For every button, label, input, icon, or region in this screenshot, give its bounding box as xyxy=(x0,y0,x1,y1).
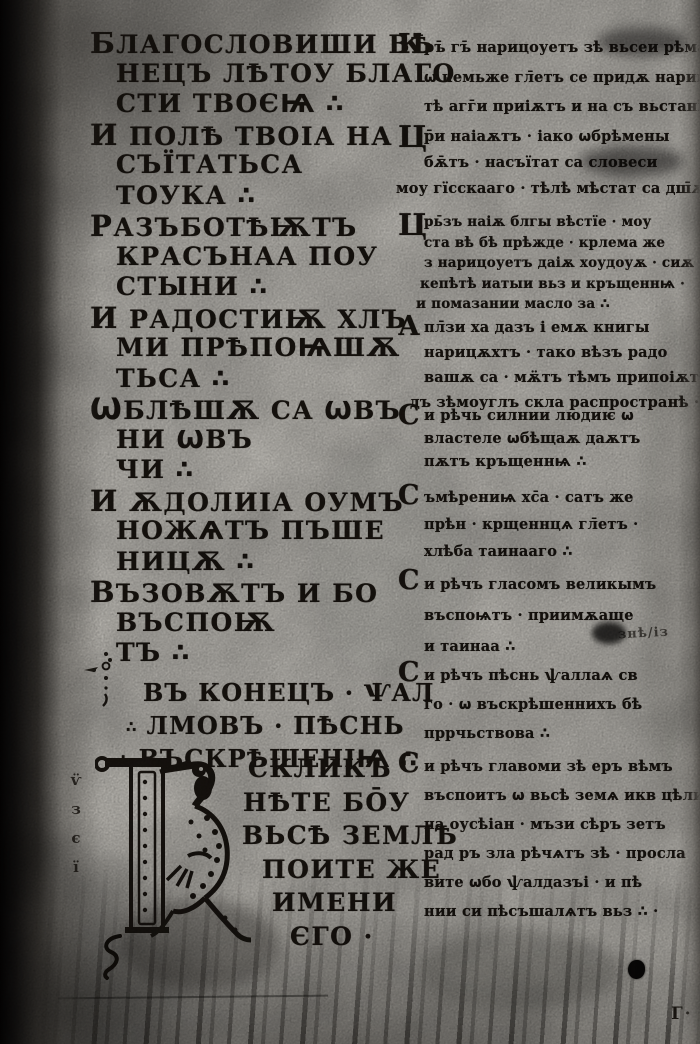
commentary-text-line: и рѣчъ пѣснь ѱаллаѧ св xyxy=(424,661,699,690)
page-stain xyxy=(120,900,280,990)
commentary-initial: С xyxy=(398,657,420,688)
psalm-text-line: СКЛИКЪ xyxy=(248,752,458,786)
psalm-text-line: ЧИ ∴ xyxy=(116,455,398,486)
film-grain-overlay xyxy=(0,0,700,1044)
bottom-staining xyxy=(0,862,700,1044)
commentary-text-line: нарицѫхтъ · тако вѣзъ радо xyxy=(424,340,699,365)
psalm-text-line: И РАДОСТИѬ ХЛЪ xyxy=(90,303,398,334)
commentary-block: Си рѣчъ пѣснь ѱаллаѧ свго · ѡ въскрѣшенн… xyxy=(424,661,699,748)
commentary-text-line: на оусѣіан · мъзи сѣръ зетъ xyxy=(424,810,699,839)
commentary-text-line: въспоитъ ѡ вьсѣ земѧ икв цѣли xyxy=(424,781,699,810)
commentary-text-line: дъ зѣмоуглъ скла распространѣ · xyxy=(410,390,699,415)
margin-letter: ї xyxy=(66,853,86,882)
psalm-text-line: И ѪДОЛИІА ОУМЪ xyxy=(90,486,398,517)
corner-mark: Г· xyxy=(671,1004,693,1024)
psalm-text-line: ТЪ ∴ xyxy=(116,638,398,669)
commentary-text-line: пл̄зи ха дазъ і емѫ книгы xyxy=(424,315,699,340)
psalm-text-line: СТИ ТВОЄѨ ∴ xyxy=(116,89,398,120)
margin-dot-mark: ∴ xyxy=(118,751,130,769)
ink-smudge xyxy=(592,622,626,644)
commentary-text-line: ѡ немьже гл̄етъ се придѫ нарицаѫи xyxy=(424,63,699,93)
psalm-text-line: СЪЇТАТЬСА xyxy=(116,150,398,181)
psalm-title-line: ВЪ КОНЕЦЪ · ѰАЛ xyxy=(143,676,398,709)
commentary-text-line: и рѣчь силнии людиѥ ѡ xyxy=(424,404,699,427)
commentary-text-line: вите ѡбо ѱалдазъі · и пѣ xyxy=(424,868,699,897)
commentary-text-line: хлѣба таинааго ∴ xyxy=(424,538,699,565)
margin-letter: ѵ̈ xyxy=(66,766,86,795)
page-crease xyxy=(58,995,328,1000)
page-edge-shadow xyxy=(678,0,700,1044)
commentary-text-line: прѣн · крщеннцѧ гл̄етъ · xyxy=(424,511,699,538)
commentary-initial: С xyxy=(398,400,420,431)
commentary-block: Цр̄и наіаѫтъ · іако ѡбрѣменыбѫ̄тъ · насъ… xyxy=(424,124,699,202)
psalm-text-line: ѠБЛѢШѪ СА ѠВЪ xyxy=(90,394,398,425)
commentary-text-line: бѫ̄тъ · насъїтат са словеси xyxy=(424,150,699,176)
commentary-text-line: и таинаа ∴ xyxy=(424,631,699,662)
commentary-text-line: з нарицоуетъ даіѫ хоудоуѫ · сиѫ xyxy=(424,253,699,274)
psalm-column: БЛАГОСЛОВИШИ ВѢНЕЦЪ ЛѢТОУ БЛАГОСТИ ТВОЄѨ… xyxy=(88,28,398,775)
page-stain xyxy=(420,930,620,1010)
commentary-initial: К xyxy=(398,29,423,60)
psalm-text-line: СТЫНИ ∴ xyxy=(116,272,398,303)
commentary-initial: А xyxy=(398,311,420,342)
commentary-text-line: ъмѣрениѩ хс̄а · сатъ же xyxy=(424,484,699,511)
psalm-text-line: ИМЕНИ xyxy=(272,886,458,920)
book-gutter-shadow xyxy=(0,0,100,1044)
commentary-text-line: властеле ѡбѣщаѫ даѫтъ xyxy=(424,427,699,450)
commentary-text-line: нии си пѣсъшалѧтъ вьз ∴ · xyxy=(424,897,699,926)
ink-smudge xyxy=(580,146,684,176)
initial-section-lines: СКЛИКЪНѢТЕ БО̄УВЬСѢ ЗЕМЛѢПОИТЕ ЖЕИМЕНИЄГ… xyxy=(253,752,458,953)
page-stain xyxy=(640,300,700,800)
commentary-text-line: рад ръ зла рѣчѧтъ зѣ · просла xyxy=(424,839,699,868)
ink-smudge xyxy=(596,28,688,56)
psalm-text-line: ВЬСѢ ЗЕМЛѢ xyxy=(242,819,458,853)
psalm-title-lines: ВЪ КОНЕЦЪ · ѰАЛ∴ЛМОВЪ · ПѢСНЬ∴ВЪСКРѢШЕНІ… xyxy=(88,676,398,775)
commentary-text-line: тѣ агг̄и приіѫтъ и на съ вьстанїіѫ · xyxy=(424,92,699,122)
psalm-text-line: ТЬСА ∴ xyxy=(116,364,398,395)
commentary-text-line: ста вѣ бѣ прѣжде · крлема же xyxy=(424,233,699,254)
psalm-text-line: И ПОЛѢ ТВОІА НА xyxy=(90,120,398,151)
commentary-text-line: моу гїсскааго · тѣлѣ мѣстат са дш̄ѫ · xyxy=(396,176,699,202)
margin-psalm-number: ѵ̈зєї xyxy=(66,766,86,882)
ink-blot xyxy=(628,960,645,979)
commentary-initial: Ц xyxy=(398,208,427,243)
psalm-text-line: БЛАГОСЛОВИШИ ВѢ xyxy=(90,28,398,59)
psalm-verses: БЛАГОСЛОВИШИ ВѢНЕЦЪ ЛѢТОУ БЛАГОСТИ ТВОЄѨ… xyxy=(88,28,398,669)
commentary-initial: Ц xyxy=(398,120,427,155)
psalm-text-line: ТОУКА ∴ xyxy=(116,181,398,212)
manuscript-page-photo: БЛАГОСЛОВИШИ ВѢНЕЦЪ ЛѢТОУ БЛАГОСТИ ТВОЄѨ… xyxy=(0,0,700,1044)
commentary-text-line: ръ̄ гъ̄ нарицоуетъ зѣ вьсеи рѣманїи · xyxy=(424,33,699,63)
commentary-block: Си рѣчъ главоми зѣ еръ вѣмъвъспоитъ ѡ вь… xyxy=(424,752,699,926)
page-stain xyxy=(300,430,480,690)
commentary-initial: С xyxy=(398,565,420,596)
psalm-text-line: ВЪСПОѬ xyxy=(116,608,398,639)
commentary-text-line: кепѣтѣ иатыи вьз и кръщеннѩ · xyxy=(420,274,699,295)
commentary-text-line: въспоѩтъ · приимѫаще xyxy=(424,600,699,631)
psalm-title-line: ∴ВЪСКРѢШЕНІѨ ∴ xyxy=(118,742,398,775)
margin-letter: є xyxy=(66,824,86,853)
psalm-text-line: НИ ѠВЪ xyxy=(116,425,398,456)
dotted-cross-ornament-icon xyxy=(84,648,118,708)
commentary-text-line: вашѫ са · мѫ̈тъ тѣмъ припоіѫтъ xyxy=(424,365,699,390)
commentary-text-line: и помазании масло за ∴ xyxy=(416,294,699,315)
commentary-initial: С xyxy=(398,748,420,779)
zoomorphic-initial-V xyxy=(95,748,263,946)
commentary-text-line: го · ѡ въскрѣшеннихъ бѣ xyxy=(424,690,699,719)
commentary-block: Кръ̄ гъ̄ нарицоуетъ зѣ вьсеи рѣманїи ·ѡ … xyxy=(424,33,699,122)
psalm-text-line: НѢТЕ БО̄У xyxy=(243,786,458,820)
commentary-text-line: и рѣчъ гласомъ великымъ xyxy=(424,569,699,600)
commentary-block: Си рѣчь силнии людиѥ ѡвластеле ѡбѣщаѫ да… xyxy=(424,404,699,473)
psalm-text-line: МИ ПРѢПОѨШѪ xyxy=(116,333,398,364)
margin-letter: з xyxy=(66,795,86,824)
commentary-text-line: пррчьствова ∴ xyxy=(424,719,699,748)
faint-annotation: знѣ/із xyxy=(618,625,670,643)
commentary-text-line: и рѣчъ главоми зѣ еръ вѣмъ xyxy=(424,752,699,781)
margin-flourish-icon xyxy=(98,934,126,980)
psalm-text-line: КРАСЪНАА ПОУ xyxy=(116,242,398,273)
commentary-block: Црь̄зъ наіѫ блгы вѣстїе · моуста вѣ бѣ п… xyxy=(424,212,699,315)
commentary-text-line: пѫтъ кръщеннѩ ∴ xyxy=(424,450,699,473)
psalm-text-line: НОЖѦТЪ ПЪШЕ xyxy=(116,516,398,547)
psalm-text-line: ПОИТЕ ЖЕ xyxy=(262,853,458,887)
commentary-text-line: р̄и наіаѫтъ · іако ѡбрѣмены xyxy=(424,124,699,150)
psalm-text-line: РАЗЪБОТѢѬТЪ xyxy=(90,211,398,242)
psalm-text-line: ЄГО · xyxy=(290,920,458,954)
psalm-title-line: ∴ЛМОВЪ · ПѢСНЬ xyxy=(126,709,398,742)
commentary-block: Си рѣчъ гласомъ великымъвъспоѩтъ · приим… xyxy=(424,569,699,662)
psalm-text-line: НЕЦЪ ЛѢТОУ БЛАГО xyxy=(116,59,398,90)
commentary-initial: С xyxy=(398,480,420,511)
commentary-block: Апл̄зи ха дазъ і емѫ книгынарицѫхтъ · та… xyxy=(424,315,699,415)
psalm-text-line: НИЦѪ ∴ xyxy=(116,547,398,578)
commentary-text-line: рь̄зъ наіѫ блгы вѣстїе · моу xyxy=(424,212,699,233)
commentary-block: Съмѣрениѩ хс̄а · сатъ жепрѣн · крщеннцѧ … xyxy=(424,484,699,565)
psalm-text-line: ВЪЗОВѪТЪ И БО xyxy=(90,577,398,608)
margin-dot-mark: ∴ xyxy=(126,718,138,736)
